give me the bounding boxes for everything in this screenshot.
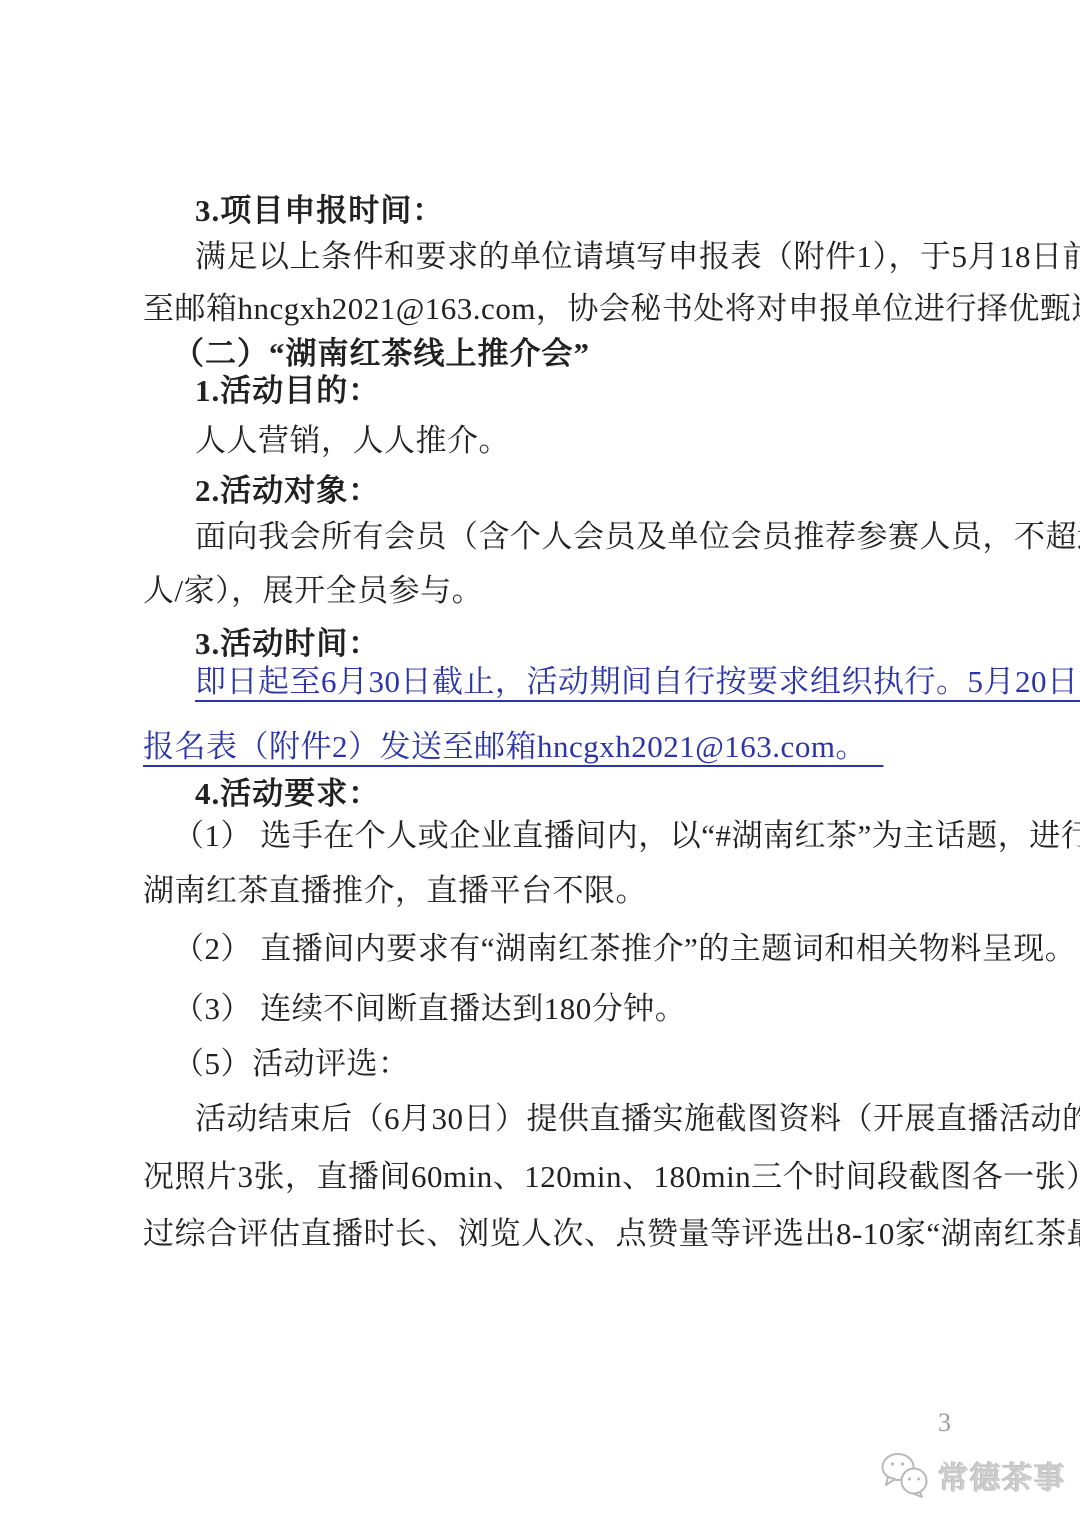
doc-line: （5）活动评选： [143, 1045, 1003, 1084]
doc-line: 满足以上条件和要求的单位请填写申报表（附件1），于5月18日前发送 [143, 238, 1025, 277]
doc-heading: 3.项目申报时间： [143, 192, 1025, 231]
document-page: 3.项目申报时间： 满足以上条件和要求的单位请填写申报表（附件1），于5月18日… [0, 0, 1080, 1528]
doc-heading: 1.活动目的： [143, 372, 1025, 411]
watermark: 常德茶事 [880, 1452, 1066, 1498]
doc-line: 人人营销，人人推介。 [143, 422, 1025, 461]
doc-link-line[interactable]: 报名表（附件2）发送至邮箱hncgxh2021@163.com。 [143, 728, 973, 767]
doc-line: 至邮箱hncgxh2021@163.com，协会秘书处将对申报单位进行择优甄选。 [143, 290, 973, 329]
wechat-icon [880, 1452, 930, 1498]
doc-heading: 3.活动时间： [143, 625, 1025, 664]
doc-line: （3） 连续不间断直播达到180分钟。 [143, 990, 1003, 1029]
doc-line: 活动结束后（6月30日）提供直播实施截图资料（开展直播活动的实 [143, 1100, 1025, 1139]
doc-heading: （二）“湖南红茶线上推介会” [143, 335, 1003, 374]
doc-line: 人/家），展开全员参与。 [143, 572, 973, 611]
doc-line: （2） 直播间内要求有“湖南红茶推介”的主题词和相关物料呈现。 [143, 930, 1003, 969]
watermark-text: 常德茶事 [938, 1453, 1066, 1498]
doc-heading: 2.活动对象： [143, 472, 1025, 511]
doc-line: （1） 选手在个人或企业直播间内，以“#湖南红茶”为主话题，进行 [143, 817, 1003, 856]
doc-link-line[interactable]: 即日起至6月30日截止，活动期间自行按要求组织执行。5月20日前将 [143, 663, 1025, 702]
page-number: 3 [938, 1408, 951, 1438]
doc-line: 过综合评估直播时长、浏览人次、点赞量等评选出8-10家“湖南红茶最佳 [143, 1215, 973, 1254]
document-body: 3.项目申报时间： 满足以上条件和要求的单位请填写申报表（附件1），于5月18日… [0, 0, 1080, 1528]
doc-line: 面向我会所有会员（含个人会员及单位会员推荐参赛人员，不超过10 [143, 518, 1025, 557]
doc-heading: 4.活动要求： [143, 775, 1025, 814]
doc-line: 况照片3张，直播间60min、120min、180min三个时间段截图各一张），… [143, 1158, 973, 1197]
doc-line: 湖南红茶直播推介，直播平台不限。 [143, 872, 973, 911]
